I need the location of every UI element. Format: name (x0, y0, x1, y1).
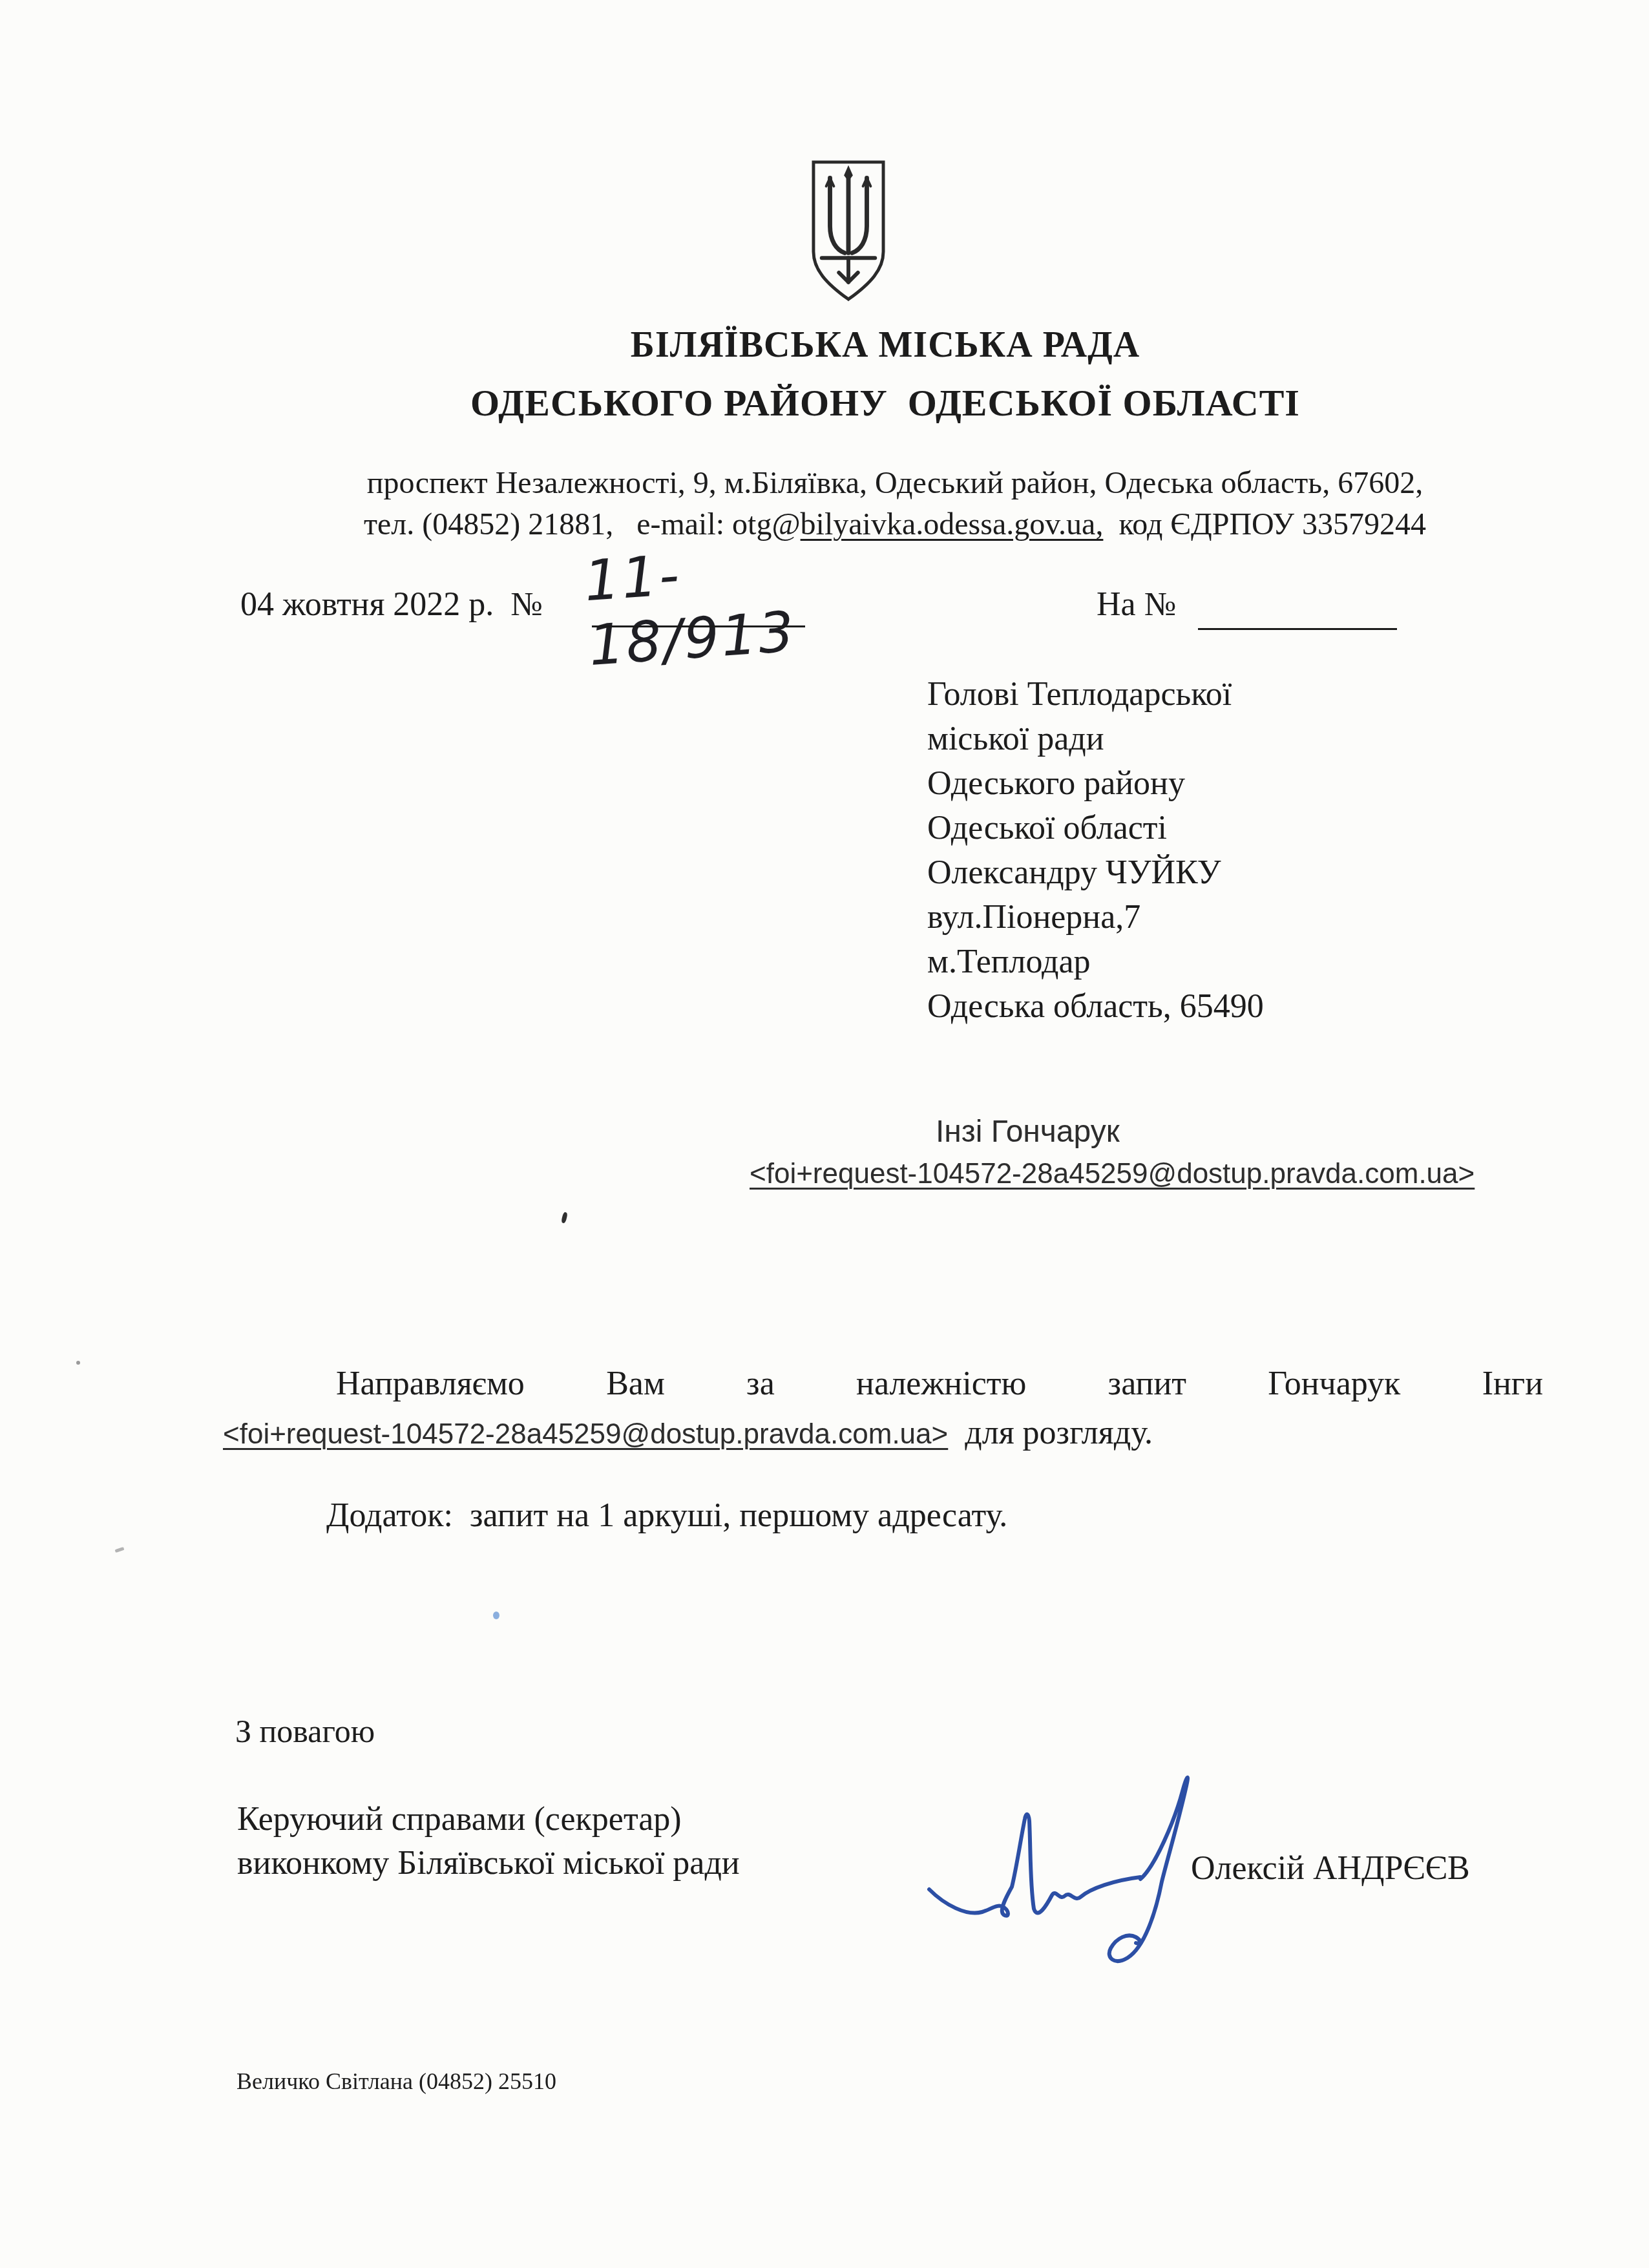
org-address-line1: проспект Незалежності, 9, м.Біляївка, Од… (187, 465, 1602, 501)
recipient-line: Голові Теплодарської (927, 672, 1264, 717)
reply-number-underline (1198, 628, 1397, 630)
attachment-line: Додаток: запит на 1 аркуші, першому адре… (326, 1496, 1007, 1535)
org-title-line1: БІЛЯЇВСЬКА МІСЬКА РАДА (187, 324, 1583, 366)
signer-position-line2: виконкому Біляївської міської ради (237, 1844, 740, 1882)
recipient-line: Одеської області (927, 806, 1264, 850)
reply-number-label: На № (1097, 585, 1176, 624)
body-paragraph-tail: для розгляду. (948, 1414, 1153, 1451)
scanned-letter-page: БІЛЯЇВСЬКА МІСЬКА РАДА ОДЕСЬКОГО РАЙОНУ … (0, 0, 1649, 2268)
signer-position-line1: Керуючий справами (секретар) (237, 1800, 682, 1838)
requester-name: Інзі Гончарук (936, 1114, 1120, 1150)
scan-speck (76, 1361, 80, 1365)
org-address-phone-email-prefix: тел. (04852) 21881, e-mail: otg@ (364, 507, 801, 541)
recipient-block: Голові Теплодарської міської ради Одеськ… (927, 672, 1264, 1029)
requester-email: <foi+request-104572-28a45259@dostup.prav… (750, 1158, 1475, 1190)
org-title-line2: ОДЕСЬКОГО РАЙОНУ ОДЕСЬКОЇ ОБЛАСТІ (187, 381, 1583, 425)
recipient-line: Одеського району (927, 761, 1264, 806)
body-paragraph-line1: Направляємо Вам за належністю запит Гонч… (336, 1365, 1543, 1403)
org-address-line2: тел. (04852) 21881, e-mail: otg@bilyaivk… (187, 507, 1602, 542)
recipient-line: вул.Піонерна,7 (927, 895, 1264, 940)
date-and-number-label: 04 жовтня 2022 р. № (240, 585, 543, 624)
outgoing-number-underline (592, 625, 805, 627)
recipient-line: міської ради (927, 717, 1264, 761)
org-address-edrpou: код ЄДРПОУ 33579244 (1103, 507, 1426, 541)
signer-name: Олексій АНДРЄЄВ (1191, 1849, 1470, 1887)
outgoing-number-handwritten: 11-18/913 (582, 530, 862, 678)
scan-speck (115, 1547, 125, 1553)
recipient-line: Олександру ЧУЙКУ (927, 850, 1264, 895)
ukraine-trident-emblem-icon (808, 158, 889, 304)
recipient-line: Одеська область, 65490 (927, 984, 1264, 1029)
body-paragraph-line2: <foi+request-104572-28a45259@dostup.prav… (223, 1414, 1153, 1452)
body-request-email: <foi+request-104572-28a45259@dostup.prav… (223, 1418, 948, 1450)
scan-speck (493, 1612, 499, 1619)
closing-respect: З повагою (235, 1712, 375, 1750)
executor-footer: Величко Світлана (04852) 25510 (236, 2068, 556, 2095)
handwritten-signature-ink (918, 1752, 1221, 1979)
scan-speck (561, 1212, 568, 1223)
recipient-line: м.Теплодар (927, 940, 1264, 984)
